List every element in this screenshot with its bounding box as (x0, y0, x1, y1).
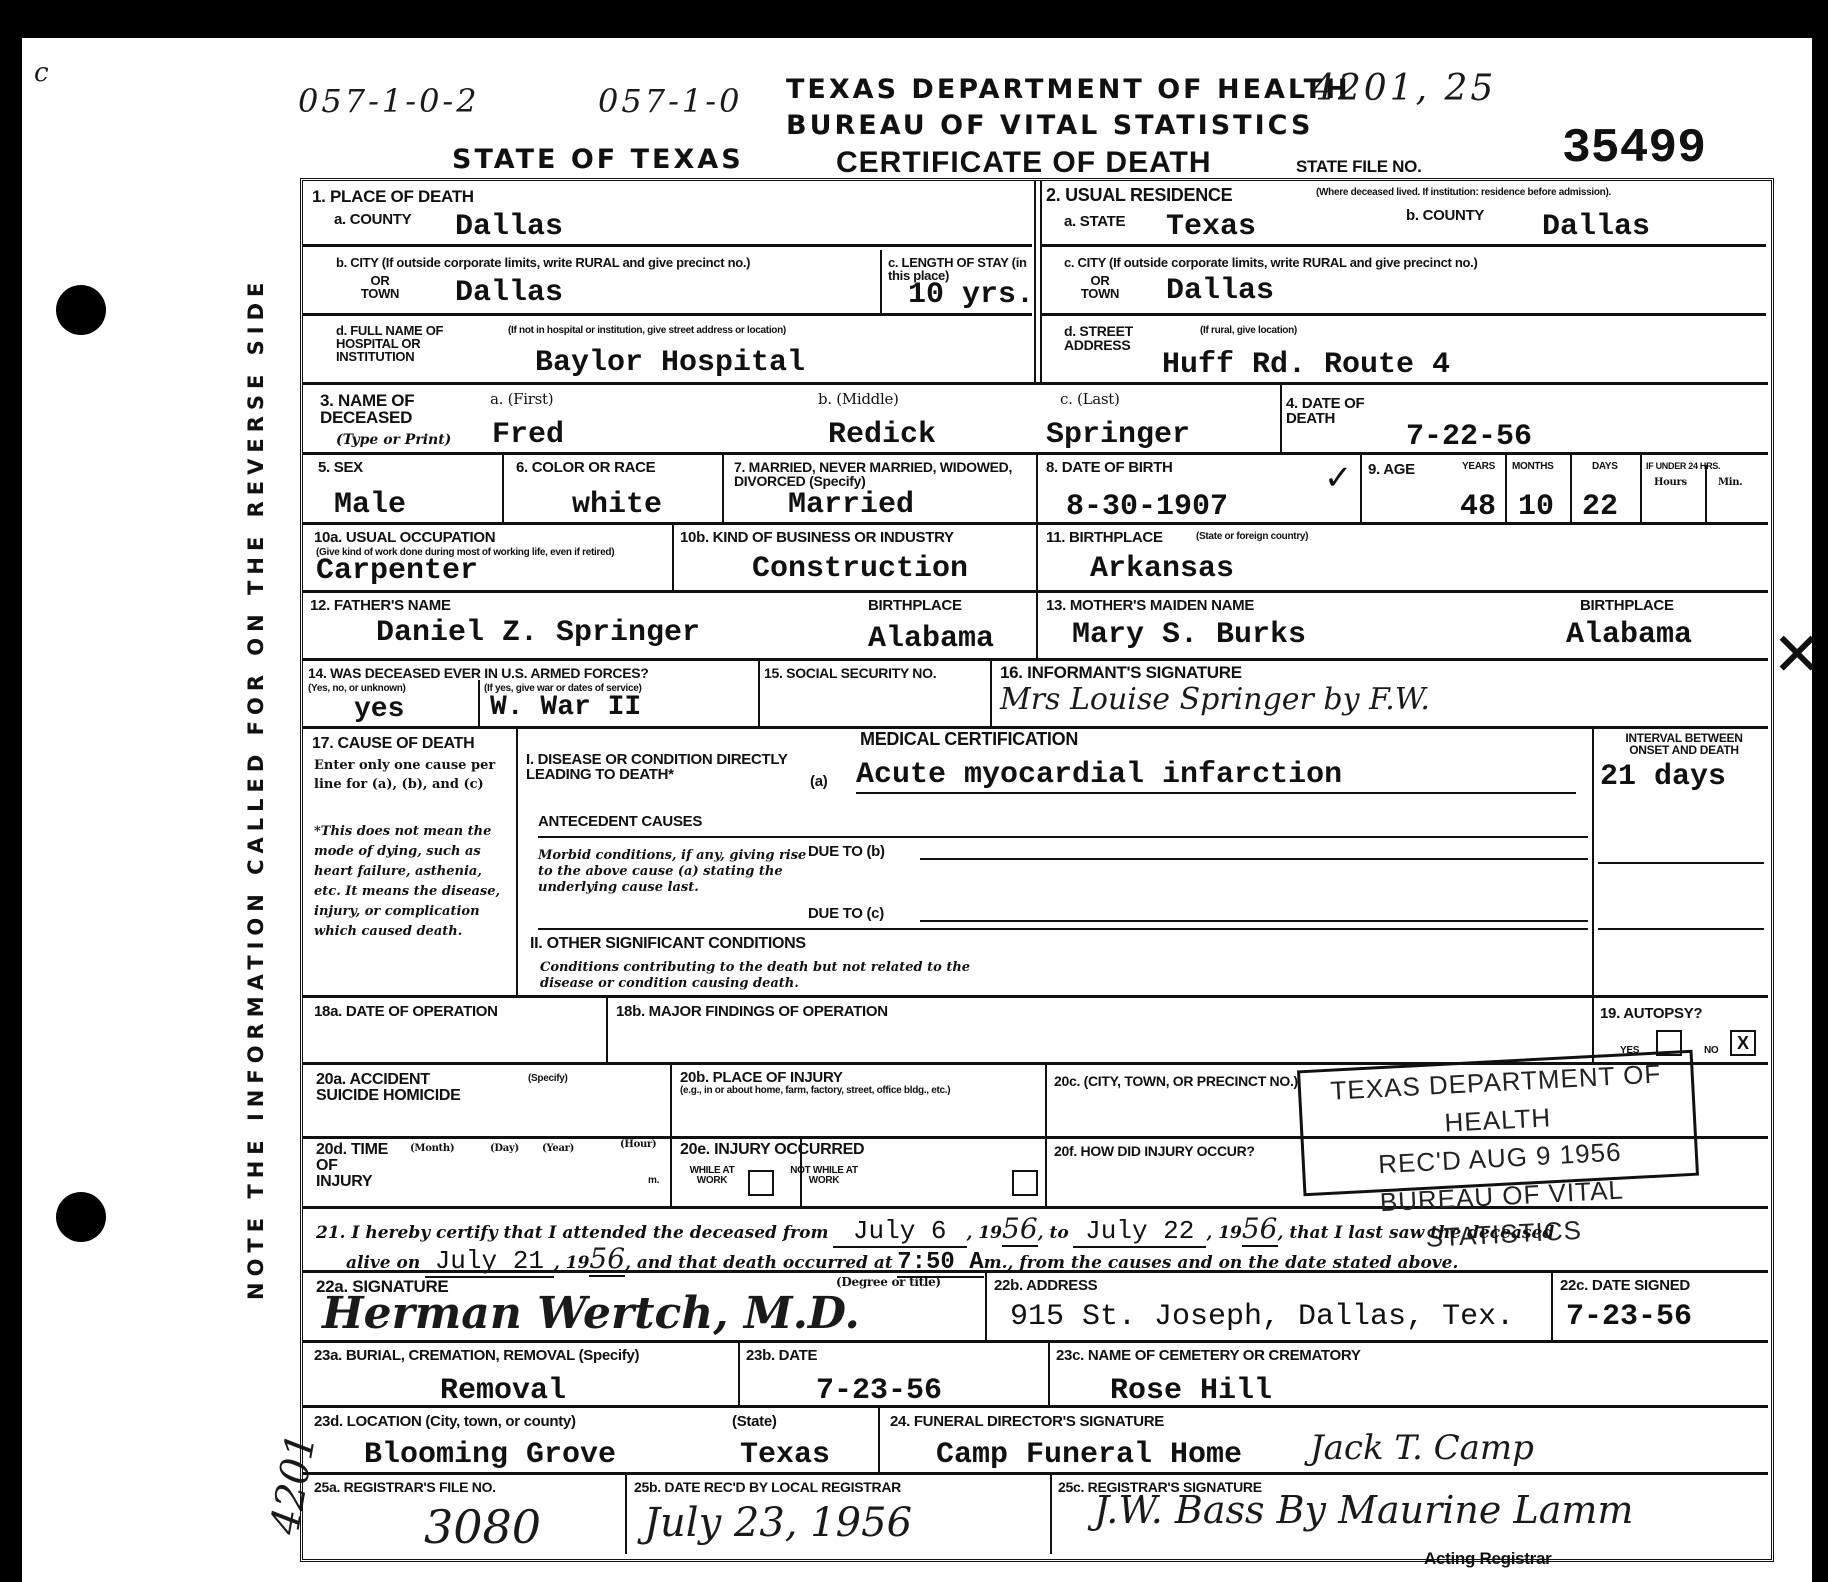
funeral-home-value: Camp Funeral Home (936, 1438, 1242, 1472)
death-city-value: Dallas (455, 276, 563, 310)
residence-note: (Where deceased lived. If institution: r… (1316, 188, 1736, 198)
place-of-injury-label: 20b. PLACE OF INJURY (680, 1070, 843, 1085)
how-injury-occurred-label: 20f. HOW DID INJURY OCCUR? (1054, 1144, 1255, 1158)
burial-state-value: Texas (740, 1438, 830, 1472)
deceased-name-label: 3. NAME OF DECEASED (320, 392, 470, 426)
interval-value: 21 days (1600, 760, 1726, 794)
state-file-number: 35499 (1562, 122, 1706, 176)
mother-birthplace-label: BIRTHPLACE (1580, 598, 1674, 613)
date-of-death-label: 4. DATE OF DEATH (1286, 396, 1376, 426)
cemetery-value: Rose Hill (1110, 1374, 1272, 1408)
sex-label: 5. SEX (318, 460, 363, 475)
death-county-label: a. COUNTY (334, 212, 411, 227)
cause-footnote: *This does not mean the mode of dying, s… (314, 822, 510, 942)
not-while-at-work-box[interactable] (1012, 1170, 1038, 1196)
degree-title-label: (Degree or title) (836, 1276, 941, 1288)
father-name-value: Daniel Z. Springer (376, 616, 700, 650)
mother-name-value: Mary S. Burks (1072, 618, 1306, 652)
type-or-print-note: (Type or Print) (336, 432, 451, 448)
informant-signature: Mrs Louise Springer by F.W. (1000, 682, 1430, 717)
age-days-value: 22 (1582, 490, 1618, 524)
burial-location-value: Blooming Grove (364, 1438, 616, 1472)
age-label: 9. AGE (1368, 462, 1415, 477)
residence-county-label: b. COUNTY (1406, 208, 1484, 223)
middle-name-label: b. (Middle) (818, 392, 899, 407)
under-24-hours-label: IF UNDER 24 HRS. (1646, 462, 1720, 471)
age-years-label: YEARS (1462, 462, 1495, 472)
hours-label: Hours (1654, 478, 1687, 488)
disposition-date-label: 23b. DATE (746, 1348, 817, 1363)
check-mark-icon: ✓ (1324, 458, 1353, 498)
age-months-value: 10 (1518, 490, 1554, 524)
margin-x-mark: ✕ (1772, 620, 1822, 690)
death-county-value: Dallas (455, 210, 563, 244)
burial-state-label: (State) (732, 1414, 777, 1429)
race-value: white (572, 488, 662, 522)
part-ii-note: Conditions contributing to the death but… (540, 960, 980, 992)
while-at-work-checkbox[interactable] (748, 1170, 774, 1196)
certification-line-1: 21. I hereby certify that I attended the… (316, 1212, 1554, 1246)
mother-name-label: 13. MOTHER'S MAIDEN NAME (1046, 598, 1254, 613)
handwritten-right-code: 4201, 25 (1312, 68, 1496, 109)
operation-date-label: 18a. DATE OF OPERATION (314, 1004, 498, 1019)
hospital-label: d. FULL NAME OF HOSPITAL OR INSTITUTION (336, 324, 496, 363)
armed-forces-label: 14. WAS DECEASED EVER IN U.S. ARMED FORC… (308, 666, 649, 680)
street-address-value: Huff Rd. Route 4 (1162, 348, 1450, 382)
occupation-value: Carpenter (316, 554, 478, 588)
part-ii-label: II. OTHER SIGNIFICANT CONDITIONS (530, 936, 806, 952)
residence-city-or-town-label: OR TOWN (1070, 274, 1130, 300)
bureau-title: BUREAU OF VITAL STATISTICS (786, 112, 1313, 139)
hospital-note: (If not in hospital or institution, give… (508, 326, 786, 336)
autopsy-no-label: NO (1704, 1046, 1718, 1056)
father-birthplace-value: Alabama (868, 622, 994, 656)
received-stamp: TEXAS DEPARTMENT OF HEALTH REC'D AUG 9 1… (1297, 1050, 1699, 1197)
certification-line-2: alive on July 21, 1956, and that death o… (346, 1242, 1458, 1276)
residence-county-value: Dallas (1542, 210, 1650, 244)
registrar-date-label: 25b. DATE REC'D BY LOCAL REGISTRAR (634, 1480, 901, 1494)
certificate-title: CERTIFICATE OF DEATH (836, 146, 1212, 180)
age-months-label: MONTHS (1512, 462, 1554, 472)
birthplace-note: (State or foreign country) (1196, 532, 1308, 542)
handwritten-code-1: 057-1-0-2 (298, 82, 480, 120)
registrar-signature: J.W. Bass By Maurine Lamm (1094, 1488, 1633, 1532)
side-note: NOTE THE INFORMATION CALLED FOR ON THE R… (244, 277, 268, 1300)
injury-day-label: (Day) (490, 1144, 519, 1154)
death-city-or-town-label: OR TOWN (350, 274, 410, 300)
residence-city-value: Dallas (1166, 274, 1274, 308)
birthplace-label: 11. BIRTHPLACE (1046, 530, 1163, 545)
ssn-label: 15. SOCIAL SECURITY NO. (764, 666, 936, 680)
cause-b-label: DUE TO (b) (808, 844, 885, 859)
interval-label: INTERVAL BETWEEN ONSET AND DEATH (1604, 732, 1764, 756)
marital-status-label: 7. MARRIED, NEVER MARRIED, WIDOWED, DIVO… (734, 460, 1034, 488)
physician-address-label: 22b. ADDRESS (994, 1278, 1097, 1293)
marital-status-value: Married (788, 488, 914, 522)
residence-state-value: Texas (1166, 210, 1256, 244)
dept-title: TEXAS DEPARTMENT OF HEALTH (786, 76, 1351, 103)
cause-instructions: Enter only one cause per line for (a), (… (314, 756, 510, 794)
accident-type-label: 20a. ACCIDENT SUICIDE HOMICIDE (316, 1072, 466, 1104)
date-signed-value: 7-23-56 (1566, 1300, 1692, 1334)
date-of-birth-label: 8. DATE OF BIRTH (1046, 460, 1173, 475)
father-name-label: 12. FATHER'S NAME (310, 598, 451, 613)
funeral-director-signature: Jack T. Camp (1310, 1428, 1534, 1468)
last-seen-alive: July 21 (425, 1246, 554, 1278)
injury-month-label: (Month) (410, 1144, 454, 1154)
cause-of-death-label: 17. CAUSE OF DEATH (312, 736, 474, 752)
hospital-value: Baylor Hospital (535, 346, 805, 380)
date-of-birth-value: 8-30-1907 (1066, 490, 1228, 524)
margin-mark: c (34, 58, 49, 88)
cause-a-value: Acute myocardial infarction (856, 758, 1576, 794)
father-birthplace-label: BIRTHPLACE (868, 598, 962, 613)
while-at-work-label: WHILE AT WORK (682, 1166, 742, 1186)
last-seen-year: 56 (589, 1242, 625, 1277)
disposition-date-value: 7-23-56 (816, 1374, 942, 1408)
registrar-file-value: 3080 (424, 1500, 541, 1554)
physician-address-value: 915 St. Joseph, Dallas, Tex. (1010, 1300, 1514, 1334)
race-label: 6. COLOR OR RACE (516, 460, 655, 475)
industry-value: Construction (752, 552, 968, 586)
last-name-value: Springer (1046, 418, 1190, 452)
date-of-death-value: 7-22-56 (1406, 420, 1532, 454)
minutes-label: Min. (1718, 478, 1742, 488)
injury-occurred-label: 20e. INJURY OCCURRED (680, 1142, 864, 1158)
medical-certification-title: MEDICAL CERTIFICATION (860, 730, 1078, 748)
part-i-label: I. DISEASE OR CONDITION DIRECTLY LEADING… (526, 752, 826, 782)
age-years-value: 48 (1460, 490, 1496, 524)
last-name-label: c. (Last) (1060, 392, 1120, 407)
first-name-value: Fred (492, 418, 564, 452)
death-city-label: b. CITY (If outside corporate limits, wr… (336, 256, 876, 269)
armed-forces-yn-note: (Yes, no, or unknown) (308, 684, 406, 694)
cause-c-label: DUE TO (c) (808, 906, 884, 921)
residence-label: 2. USUAL RESIDENCE (1046, 186, 1232, 204)
cemetery-label: 23c. NAME OF CEMETERY OR CREMATORY (1056, 1348, 1361, 1363)
state-title: STATE OF TEXAS (452, 146, 744, 173)
disposition-method-label: 23a. BURIAL, CREMATION, REMOVAL (Specify… (314, 1348, 639, 1363)
autopsy-label: 19. AUTOPSY? (1600, 1006, 1702, 1021)
accident-specify-note: (Specify) (528, 1074, 568, 1084)
sex-value: Male (334, 488, 406, 522)
punch-hole-bottom (56, 1192, 106, 1242)
war-service-value: W. War II (490, 692, 641, 723)
antecedent-note: Morbid conditions, if any, giving rise t… (538, 848, 808, 896)
injury-hour-label: (Hour) (620, 1140, 656, 1150)
injury-city-label: 20c. (CITY, TOWN, OR PRECINCT NO.) (1054, 1074, 1298, 1088)
armed-forces-value: yes (354, 694, 404, 725)
mother-birthplace-value: Alabama (1566, 618, 1692, 652)
birthplace-value: Arkansas (1090, 552, 1234, 586)
state-file-label: STATE FILE NO. (1296, 158, 1422, 175)
operation-findings-label: 18b. MAJOR FINDINGS OF OPERATION (616, 1004, 888, 1019)
age-days-label: DAYS (1592, 462, 1618, 472)
physician-signature: Herman Wertch, M.D. (322, 1288, 860, 1339)
street-address-note: (If rural, give location) (1200, 326, 1297, 336)
time-of-death: 7:50 A (897, 1249, 983, 1278)
autopsy-no-checkbox[interactable]: X (1730, 1030, 1756, 1056)
acting-registrar-label: Acting Registrar (1424, 1550, 1551, 1567)
occupation-label: 10a. USUAL OCCUPATION (314, 530, 495, 545)
industry-label: 10b. KIND OF BUSINESS OR INDUSTRY (680, 530, 954, 545)
antecedent-causes-label: ANTECEDENT CAUSES (538, 814, 702, 829)
street-address-label: d. STREET ADDRESS (1064, 324, 1174, 352)
middle-name-value: Redick (828, 418, 936, 452)
funeral-director-label: 24. FUNERAL DIRECTOR'S SIGNATURE (890, 1414, 1164, 1429)
injury-m-label: m. (648, 1176, 659, 1186)
length-of-stay-value: 10 yrs. (908, 278, 1034, 312)
not-while-at-work-label: NOT WHILE AT WORK (784, 1166, 864, 1186)
informant-signature-label: 16. INFORMANT'S SIGNATURE (1000, 664, 1242, 681)
injury-year-label: (Year) (542, 1144, 574, 1154)
date-signed-label: 22c. DATE SIGNED (1560, 1278, 1690, 1293)
punch-hole-top (56, 285, 106, 335)
burial-location-label: 23d. LOCATION (City, town, or county) (314, 1414, 576, 1429)
place-of-death-label: 1. PLACE OF DEATH (312, 188, 474, 205)
time-of-injury-label: 20d. TIME OF INJURY (316, 1142, 396, 1190)
place-of-injury-note: (e.g., in or about home, farm, factory, … (680, 1086, 1000, 1096)
residence-state-label: a. STATE (1064, 214, 1125, 229)
first-name-label: a. (First) (490, 392, 553, 407)
registrar-file-label: 25a. REGISTRAR'S FILE NO. (314, 1480, 496, 1494)
cause-a-label: (a) (810, 774, 827, 789)
registrar-date-value: July 23, 1956 (644, 1500, 912, 1546)
residence-city-label: c. CITY (If outside corporate limits, wr… (1064, 256, 1478, 269)
handwritten-code-2: 057-1-0 (598, 82, 742, 120)
disposition-method-value: Removal (440, 1374, 566, 1408)
